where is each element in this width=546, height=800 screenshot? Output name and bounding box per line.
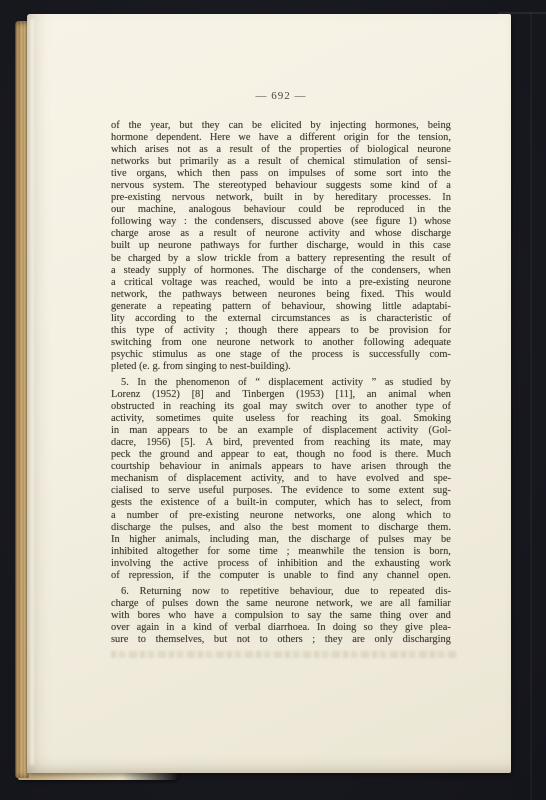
text-line: acriticalvoltagewasreached,wouldbeintoap…	[111, 277, 451, 289]
word: over	[111, 622, 129, 634]
word: behaviour,	[282, 301, 326, 313]
word: for	[248, 240, 260, 252]
word: of	[429, 180, 438, 192]
word: activity	[184, 325, 215, 337]
word: would	[269, 277, 295, 289]
word: figure	[376, 216, 401, 228]
word: useless	[245, 413, 274, 425]
word: diarrhoea.	[268, 622, 310, 634]
word: circumstances	[271, 313, 330, 325]
word: the	[139, 449, 152, 461]
word: in	[163, 401, 171, 413]
word: behaviour	[160, 461, 202, 473]
word: way	[159, 216, 176, 228]
word: plea-	[430, 622, 451, 634]
word: charge	[111, 598, 139, 610]
word: the	[352, 558, 365, 570]
word: of	[290, 156, 299, 168]
word: reproduced	[357, 204, 404, 216]
word: number	[127, 510, 159, 522]
word: its	[224, 401, 234, 413]
word: network,	[216, 192, 253, 204]
word: there	[277, 325, 298, 337]
word: ground	[160, 449, 189, 461]
word: in	[166, 622, 174, 634]
word: properties	[300, 144, 342, 156]
word: one	[216, 349, 231, 361]
text-line: pre-existingnervousnetwork,builtinbyhere…	[111, 192, 451, 204]
word: some	[368, 485, 390, 497]
word: biological	[367, 144, 409, 156]
word: with	[111, 610, 129, 622]
word: nervous	[111, 180, 144, 192]
word: behaviour	[244, 204, 286, 216]
word: the	[289, 349, 302, 361]
word: nest-building).	[230, 361, 291, 373]
text-line: nervoussystem.Thestereotypedbehavioursug…	[111, 180, 451, 192]
word: singing	[186, 361, 217, 373]
word: and	[215, 389, 230, 401]
word: be	[369, 325, 379, 337]
word: compulsion	[235, 610, 284, 622]
word: hormone	[111, 132, 148, 144]
word: if	[183, 570, 189, 582]
word: to	[221, 586, 229, 598]
word: animal	[388, 389, 416, 401]
word: be	[335, 204, 345, 216]
word: of	[207, 497, 216, 509]
word: is	[353, 349, 360, 361]
text-line: lityaccordingtotheexternalcircumstancesa…	[111, 313, 451, 325]
paragraph: 6.Returningnowtorepetitivebehaviour,duet…	[111, 586, 451, 646]
word: of	[350, 144, 359, 156]
word: pulses,	[182, 522, 211, 534]
word: representing	[333, 253, 384, 265]
word: to	[186, 313, 194, 325]
word: of	[261, 144, 270, 156]
word: networks	[111, 156, 149, 168]
word: to	[361, 522, 369, 534]
word: be	[303, 277, 313, 289]
text-line: involvingtheactiveprocessofinhibitionand…	[111, 558, 451, 570]
word: of	[336, 168, 345, 180]
word: select,	[396, 497, 422, 509]
word: elicited	[271, 120, 302, 132]
word: neurone	[275, 598, 308, 610]
word: prevented	[253, 437, 294, 449]
word: open.	[428, 570, 451, 582]
paragraph: 5.Inthephenomenonof“displacementactivity…	[111, 377, 451, 582]
word: successfully	[369, 349, 420, 361]
word: suggests	[326, 180, 361, 192]
word: to	[291, 610, 299, 622]
word: repeating	[173, 301, 212, 313]
word: discussed	[271, 216, 311, 228]
word: hormones,	[375, 120, 419, 132]
word: as	[180, 228, 189, 240]
word: food	[352, 449, 371, 461]
word: exhausting	[375, 558, 420, 570]
word: also	[244, 522, 261, 534]
word: 1956)	[146, 437, 170, 449]
word: but	[158, 156, 171, 168]
word: reached,	[225, 277, 260, 289]
word: down	[196, 598, 219, 610]
word: The	[262, 265, 278, 277]
word: is	[268, 570, 275, 582]
word: the	[279, 144, 292, 156]
word: 1)	[408, 216, 417, 228]
word: displacement	[187, 473, 242, 485]
word: impulses	[289, 168, 326, 180]
word: neurone	[265, 228, 298, 240]
word: hereditary	[335, 192, 377, 204]
word: from	[161, 337, 181, 349]
word: again	[137, 622, 160, 634]
word: machine,	[138, 204, 176, 216]
text-line: oftheyear,buttheycanbeelicitedbyinjectin…	[111, 120, 451, 132]
word: is	[359, 313, 366, 325]
word: best	[292, 522, 309, 534]
word: a	[186, 253, 191, 265]
word: tension	[374, 546, 404, 558]
word: have	[194, 610, 214, 622]
text-line: network,thepathwaysbetweenneuronesbeingf…	[111, 289, 451, 301]
word: may	[414, 534, 432, 546]
word: the	[155, 377, 168, 389]
word: inhibited	[111, 546, 148, 558]
word: hormones.	[211, 265, 255, 277]
word: for	[439, 325, 451, 337]
word: supply	[158, 265, 186, 277]
word: pulses	[162, 598, 188, 610]
word: eat,	[273, 449, 288, 461]
word: chemical	[307, 156, 345, 168]
word: fixed.	[361, 289, 385, 301]
word: familiar	[418, 598, 451, 610]
word: ;	[225, 325, 228, 337]
word: another	[376, 401, 407, 413]
word: switch	[296, 401, 323, 413]
text-line: networksbutprimarilyasaresultofchemicals…	[111, 156, 451, 168]
word: some	[354, 168, 376, 180]
word: serve	[168, 485, 190, 497]
word: neurone	[217, 337, 250, 349]
word: the	[329, 610, 342, 622]
word: tension,	[418, 132, 451, 144]
word: dacre,	[111, 437, 136, 449]
word: to	[304, 337, 312, 349]
word: pathways	[200, 240, 239, 252]
word: an	[367, 389, 377, 401]
word: have	[259, 132, 279, 144]
text-line: psychicstimulusasonestageoftheprocessiss…	[111, 349, 451, 361]
word: the	[438, 204, 451, 216]
word: obstructed	[111, 401, 154, 413]
word: phenomenon	[176, 377, 230, 389]
word: peck	[111, 449, 131, 461]
word: of	[259, 558, 268, 570]
word: discharge	[111, 522, 151, 534]
word: from	[431, 497, 451, 509]
word: be	[218, 425, 228, 437]
word: all	[400, 598, 410, 610]
word: different	[300, 132, 336, 144]
word: only	[375, 634, 393, 646]
word: primarily	[180, 156, 219, 168]
word: arose	[148, 228, 170, 240]
text-line: ourmachine,analogousbehaviourcouldberepr…	[111, 204, 451, 216]
word: from	[163, 361, 183, 373]
word: kind	[401, 180, 419, 192]
word: Smoking	[413, 413, 451, 425]
word: a	[446, 180, 451, 192]
word: networks,	[294, 510, 335, 522]
word: sure	[111, 634, 128, 646]
word: The	[281, 485, 297, 497]
word: this	[409, 240, 424, 252]
word: which	[177, 168, 202, 180]
word: [8]	[192, 389, 204, 401]
word: the	[195, 216, 208, 228]
word: stage	[240, 349, 261, 361]
word: :	[184, 216, 187, 228]
word: as	[199, 144, 208, 156]
word: now	[192, 586, 210, 598]
word: along	[372, 510, 395, 522]
word: meanwhile	[298, 546, 344, 558]
text-line: dischargethepulses,andalsothebestmomentt…	[111, 522, 451, 534]
word: system.	[153, 180, 184, 192]
word: animals,	[165, 534, 200, 546]
word: Much	[427, 449, 451, 461]
word: of	[303, 425, 312, 437]
word: processes.	[389, 192, 431, 204]
word: Tinbergen	[242, 389, 284, 401]
word: to	[151, 485, 159, 497]
word: to	[319, 473, 327, 485]
word: a	[199, 228, 204, 240]
word: displacement	[322, 425, 377, 437]
word: of	[334, 265, 343, 277]
word: extent	[399, 485, 424, 497]
word: further	[269, 240, 297, 252]
word: as	[341, 313, 350, 325]
word: discharge	[286, 265, 326, 277]
word: who	[168, 610, 186, 622]
word: evolved	[366, 473, 399, 485]
word: evidence	[306, 485, 343, 497]
word: activity	[309, 228, 340, 240]
word: for	[287, 413, 299, 425]
text-line: courtshipbehaviourinanimalsappearstohave…	[111, 461, 451, 473]
word: be	[441, 534, 451, 546]
word: say	[308, 610, 322, 622]
word: repetitive	[240, 586, 279, 598]
word: reaching	[334, 437, 370, 449]
word: ;	[287, 546, 290, 558]
word: have	[337, 473, 357, 485]
word: origin	[344, 132, 369, 144]
word: the	[198, 570, 211, 582]
word: discharge	[411, 228, 451, 240]
word: as	[227, 156, 236, 168]
word: by	[314, 192, 324, 204]
word: be	[111, 253, 121, 265]
text-line: peckthegroundandappeartoeat,thoughnofood…	[111, 449, 451, 461]
word: the	[397, 132, 410, 144]
word: any	[363, 570, 378, 582]
text-line: Lorenz(1952)[8]andTinbergen(1953)[11],an…	[111, 389, 451, 401]
word: another	[322, 337, 353, 349]
word: courtship	[111, 461, 150, 473]
word: the	[438, 168, 451, 180]
word: channel	[387, 570, 419, 582]
word: a	[182, 622, 187, 634]
word: of	[442, 313, 451, 325]
word: following	[364, 337, 404, 349]
word: the	[270, 522, 283, 534]
word: into	[322, 277, 338, 289]
text-line: ofrepression,ifthecomputerisunabletofind…	[111, 570, 451, 582]
word: the	[289, 534, 302, 546]
word: external	[228, 313, 261, 325]
word: adequate	[414, 337, 451, 349]
word: a	[157, 301, 162, 313]
text-line: generatearepeatingpatternofbehaviour,sho…	[111, 301, 451, 313]
text-line: thistypeofactivity;thoughthereappearstob…	[111, 325, 451, 337]
word: activity	[332, 377, 363, 389]
word: little	[382, 301, 401, 313]
word: “	[255, 377, 260, 389]
word: being	[327, 289, 350, 301]
text-line: overagaininakindofverbaldiarrhoea.Indoin…	[111, 622, 451, 634]
word: is	[413, 546, 420, 558]
word: appear	[221, 449, 249, 461]
word: according	[135, 313, 176, 325]
word: Returning	[140, 586, 182, 598]
word: pathways	[182, 289, 221, 301]
word: stereotyped	[219, 180, 267, 192]
word: they	[202, 120, 220, 132]
word: can	[229, 120, 243, 132]
word: built	[111, 240, 130, 252]
text-line: whicharisesnotasaresultofthepropertiesof…	[111, 144, 451, 156]
word: a	[287, 132, 292, 144]
word: for	[377, 132, 389, 144]
word: themselves,	[156, 634, 205, 646]
word: (e.	[139, 361, 150, 373]
word: In	[317, 622, 326, 634]
text-line: Inhigheranimals,includingman,thedischarg…	[111, 534, 451, 546]
word: In	[137, 377, 146, 389]
word: cialised	[111, 485, 143, 497]
word: to	[199, 425, 207, 437]
book-page: — 692 — oftheyear,buttheycanbeelicitedby…	[15, 14, 511, 773]
word: charged	[128, 253, 161, 265]
word: has	[358, 497, 372, 509]
word: behaviour,	[290, 586, 334, 598]
word: Lorenz	[111, 389, 140, 401]
word: in	[392, 240, 400, 252]
word: psychic	[111, 349, 143, 361]
word: quite	[213, 413, 234, 425]
word: to	[138, 634, 146, 646]
text-line: pleted(e.g.fromsingingtonest-building).	[111, 361, 451, 373]
word: the	[438, 461, 451, 473]
word: though	[238, 325, 267, 337]
word: to	[370, 586, 378, 598]
word: a	[111, 265, 116, 277]
word: the	[129, 120, 142, 132]
text-line: tiveorgans,whichthenpassonimpulsesofsome…	[111, 168, 451, 180]
word: network,	[316, 598, 353, 610]
word: provision	[389, 325, 428, 337]
word: to	[219, 361, 227, 373]
word: could	[298, 204, 321, 216]
word: are	[352, 634, 365, 646]
text-line: withboreswhohaveacompulsiontosaythesamet…	[111, 610, 451, 622]
word: computer	[220, 570, 259, 582]
word: to	[260, 634, 268, 646]
text-line: mechanismofdisplacementactivity,andtohav…	[111, 473, 451, 485]
word: the	[351, 265, 364, 277]
word: one	[192, 337, 207, 349]
word: result	[412, 253, 435, 265]
word: generate	[111, 301, 146, 313]
word: over	[332, 401, 350, 413]
text-line: chargearoseasaresultofneuroneactivityand…	[111, 228, 451, 240]
word: which	[111, 144, 136, 156]
word: behaviour	[275, 180, 317, 192]
word: active	[183, 558, 208, 570]
word: nervous	[172, 192, 205, 204]
text-line: inmanappearstobeanexampleofdisplacementa…	[111, 425, 451, 437]
word: them.	[428, 522, 451, 534]
word: pattern	[222, 301, 251, 313]
word: pre-existing	[111, 192, 161, 204]
word: but	[214, 634, 227, 646]
word: bird,	[223, 437, 242, 449]
word: is	[380, 449, 387, 461]
word: we	[360, 598, 372, 610]
word: sometimes	[156, 413, 200, 425]
word: arisen	[361, 461, 386, 473]
word: when	[428, 389, 451, 401]
word: neurone	[418, 277, 451, 289]
word: an	[238, 425, 248, 437]
word: man	[129, 425, 147, 437]
word: for	[207, 546, 219, 558]
word: ”	[372, 377, 377, 389]
word: a	[111, 277, 116, 289]
word: may	[433, 437, 451, 449]
word: neurone	[250, 510, 283, 522]
word: steady	[124, 265, 151, 277]
word: the	[226, 598, 239, 610]
word: neurones	[278, 289, 316, 301]
word: condensers,	[372, 265, 421, 277]
word: no	[334, 449, 344, 461]
word: A	[206, 437, 214, 449]
word: and	[327, 558, 342, 570]
word: spe-	[434, 473, 451, 485]
page-number: — 692 —	[111, 90, 451, 102]
word: activity,	[111, 413, 144, 425]
paragraph: oftheyear,buttheycanbeelicitedbyinjectin…	[111, 120, 451, 373]
text-line: switchingfromoneneuronenetworktoanotherf…	[111, 337, 451, 349]
word: have	[331, 461, 351, 473]
